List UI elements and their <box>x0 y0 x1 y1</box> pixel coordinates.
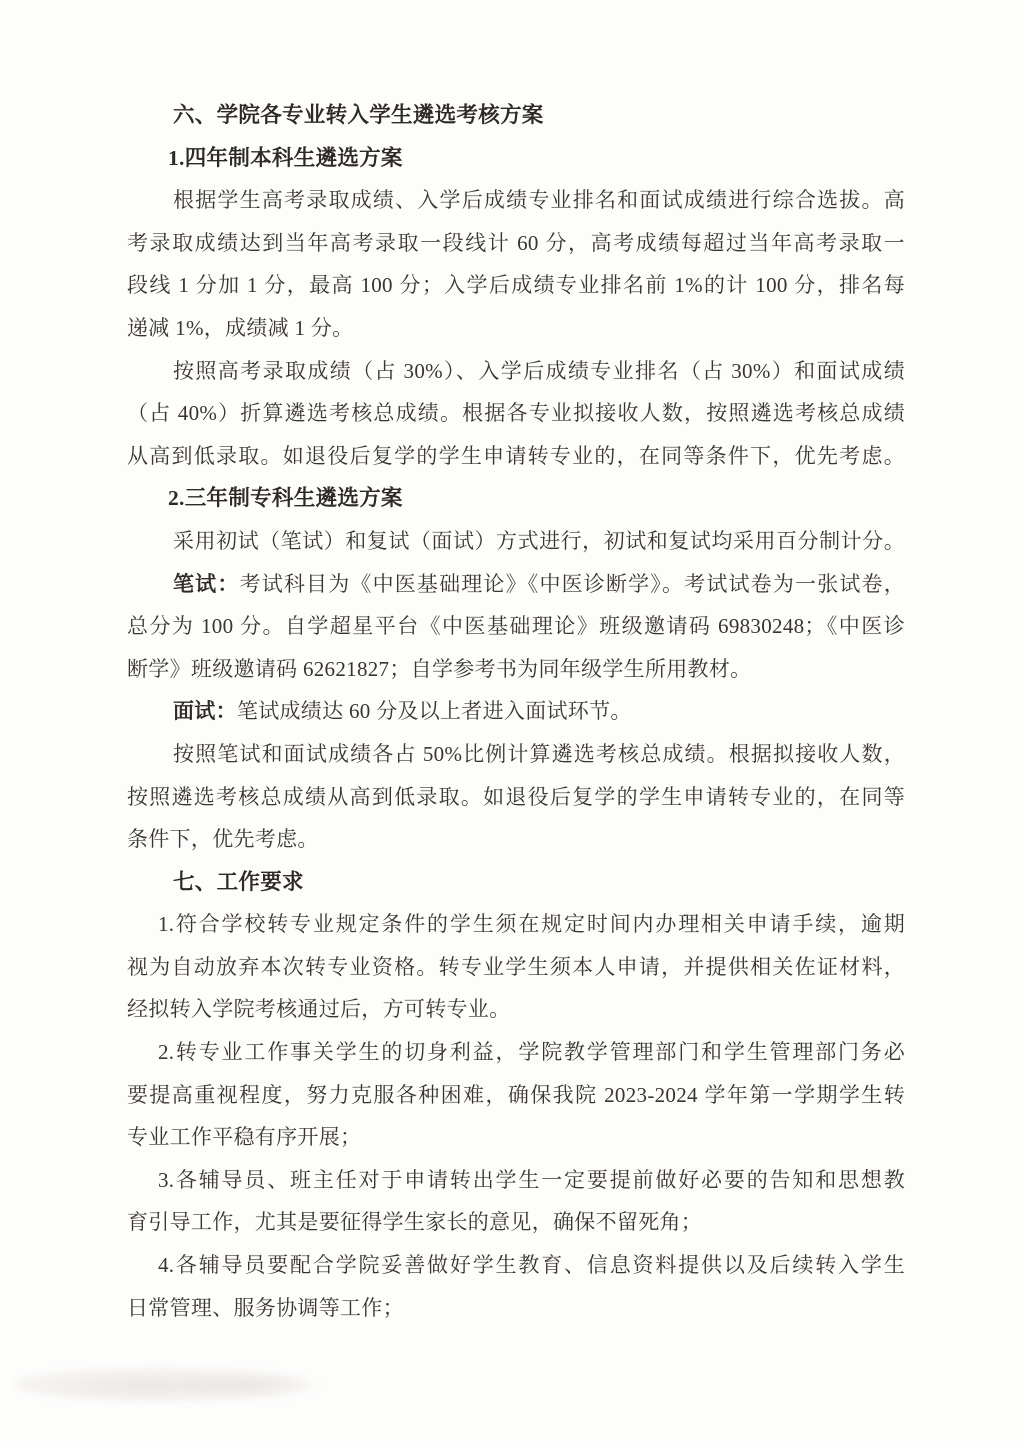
text-line: 要提高重视程度，努力克服各种困难，确保我院 2023-2024 学年第一学期学生… <box>127 1074 905 1117</box>
text-line: 考录取成绩达到当年高考录取一段线计 60 分，高考成绩每超过当年高考录取一 <box>127 222 905 265</box>
text-line: 段线 1 分加 1 分，最高 100 分；入学后成绩专业排名前 1%的计 100… <box>127 264 905 307</box>
text-line: 总分为 100 分。自学超星平台《中医基础理论》班级邀请码 69830248；《… <box>127 605 905 648</box>
text-line: 视为自动放弃本次转专业资格。转专业学生须本人申请，并提供相关佐证材料， <box>127 946 905 989</box>
text-line: 3.各辅导员、班主任对于申请转出学生一定要提前做好必要的告知和思想教 <box>127 1159 905 1202</box>
text-line: 按照笔试和面试成绩各占 50%比例计算遴选考核总成绩。根据拟接收人数， <box>127 733 905 776</box>
text-line: 经拟转入学院考核通过后，方可转专业。 <box>127 988 905 1031</box>
heading-plan-college: 2.三年制专科生遴选方案 <box>127 477 905 520</box>
text-line: 1.符合学校转专业规定条件的学生须在规定时间内办理相关申请手续，逾期 <box>127 903 905 946</box>
text-line-interview: 面试：笔试成绩达 60 分及以上者进入面试环节。 <box>127 690 905 733</box>
heading-section-seven: 七、工作要求 <box>127 861 905 904</box>
text-line: 2.转专业工作事关学生的切身利益，学院教学管理部门和学生管理部门务必 <box>127 1031 905 1074</box>
interview-label: 面试： <box>173 699 237 723</box>
text-line: 条件下，优先考虑。 <box>127 818 905 861</box>
heading-section-six: 六、学院各专业转入学生遴选考核方案 <box>127 94 905 137</box>
text-line: 按照高考录取成绩（占 30%）、入学后成绩专业排名（占 30%）和面试成绩 <box>127 350 905 393</box>
scan-smudge-artifact <box>180 1372 320 1398</box>
text-line: 递减 1%，成绩减 1 分。 <box>127 307 905 350</box>
written-exam-label: 笔试： <box>173 572 240 596</box>
text-line: 采用初试（笔试）和复试（面试）方式进行，初试和复试均采用百分制计分。 <box>127 520 905 563</box>
heading-plan-undergraduate: 1.四年制本科生遴选方案 <box>127 137 905 180</box>
text-run: 笔试成绩达 60 分及以上者进入面试环节。 <box>237 699 632 723</box>
text-line: 根据学生高考录取成绩、入学后成绩专业排名和面试成绩进行综合选拔。高 <box>127 179 905 222</box>
text-line: 按照遴选考核总成绩从高到低录取。如退役后复学的学生申请转专业的，在同等 <box>127 776 905 819</box>
text-line: 育引导工作，尤其是要征得学生家长的意见，确保不留死角； <box>127 1201 905 1244</box>
scan-smudge-artifact <box>14 1366 314 1402</box>
text-line: 专业工作平稳有序开展； <box>127 1116 905 1159</box>
text-line: 4.各辅导员要配合学院妥善做好学生教育、信息资料提供以及后续转入学生 <box>127 1244 905 1287</box>
text-run: 考试科目为《中医基础理论》《中医诊断学》。考试试卷为一张试卷， <box>240 572 905 596</box>
text-line: 断学》班级邀请码 62621827；自学参考书为同年级学生所用教材。 <box>127 648 905 691</box>
document-body: 六、学院各专业转入学生遴选考核方案 1.四年制本科生遴选方案 根据学生高考录取成… <box>127 94 905 1329</box>
text-line: 从高到低录取。如退役后复学的学生申请转专业的，在同等条件下，优先考虑。 <box>127 435 905 478</box>
text-line-written-exam: 笔试：考试科目为《中医基础理论》《中医诊断学》。考试试卷为一张试卷， <box>127 563 905 606</box>
text-line: （占 40%）折算遴选考核总成绩。根据各专业拟接收人数，按照遴选考核总成绩 <box>127 392 905 435</box>
text-line: 日常管理、服务协调等工作； <box>127 1287 905 1330</box>
document-page: 六、学院各专业转入学生遴选考核方案 1.四年制本科生遴选方案 根据学生高考录取成… <box>0 0 1024 1442</box>
